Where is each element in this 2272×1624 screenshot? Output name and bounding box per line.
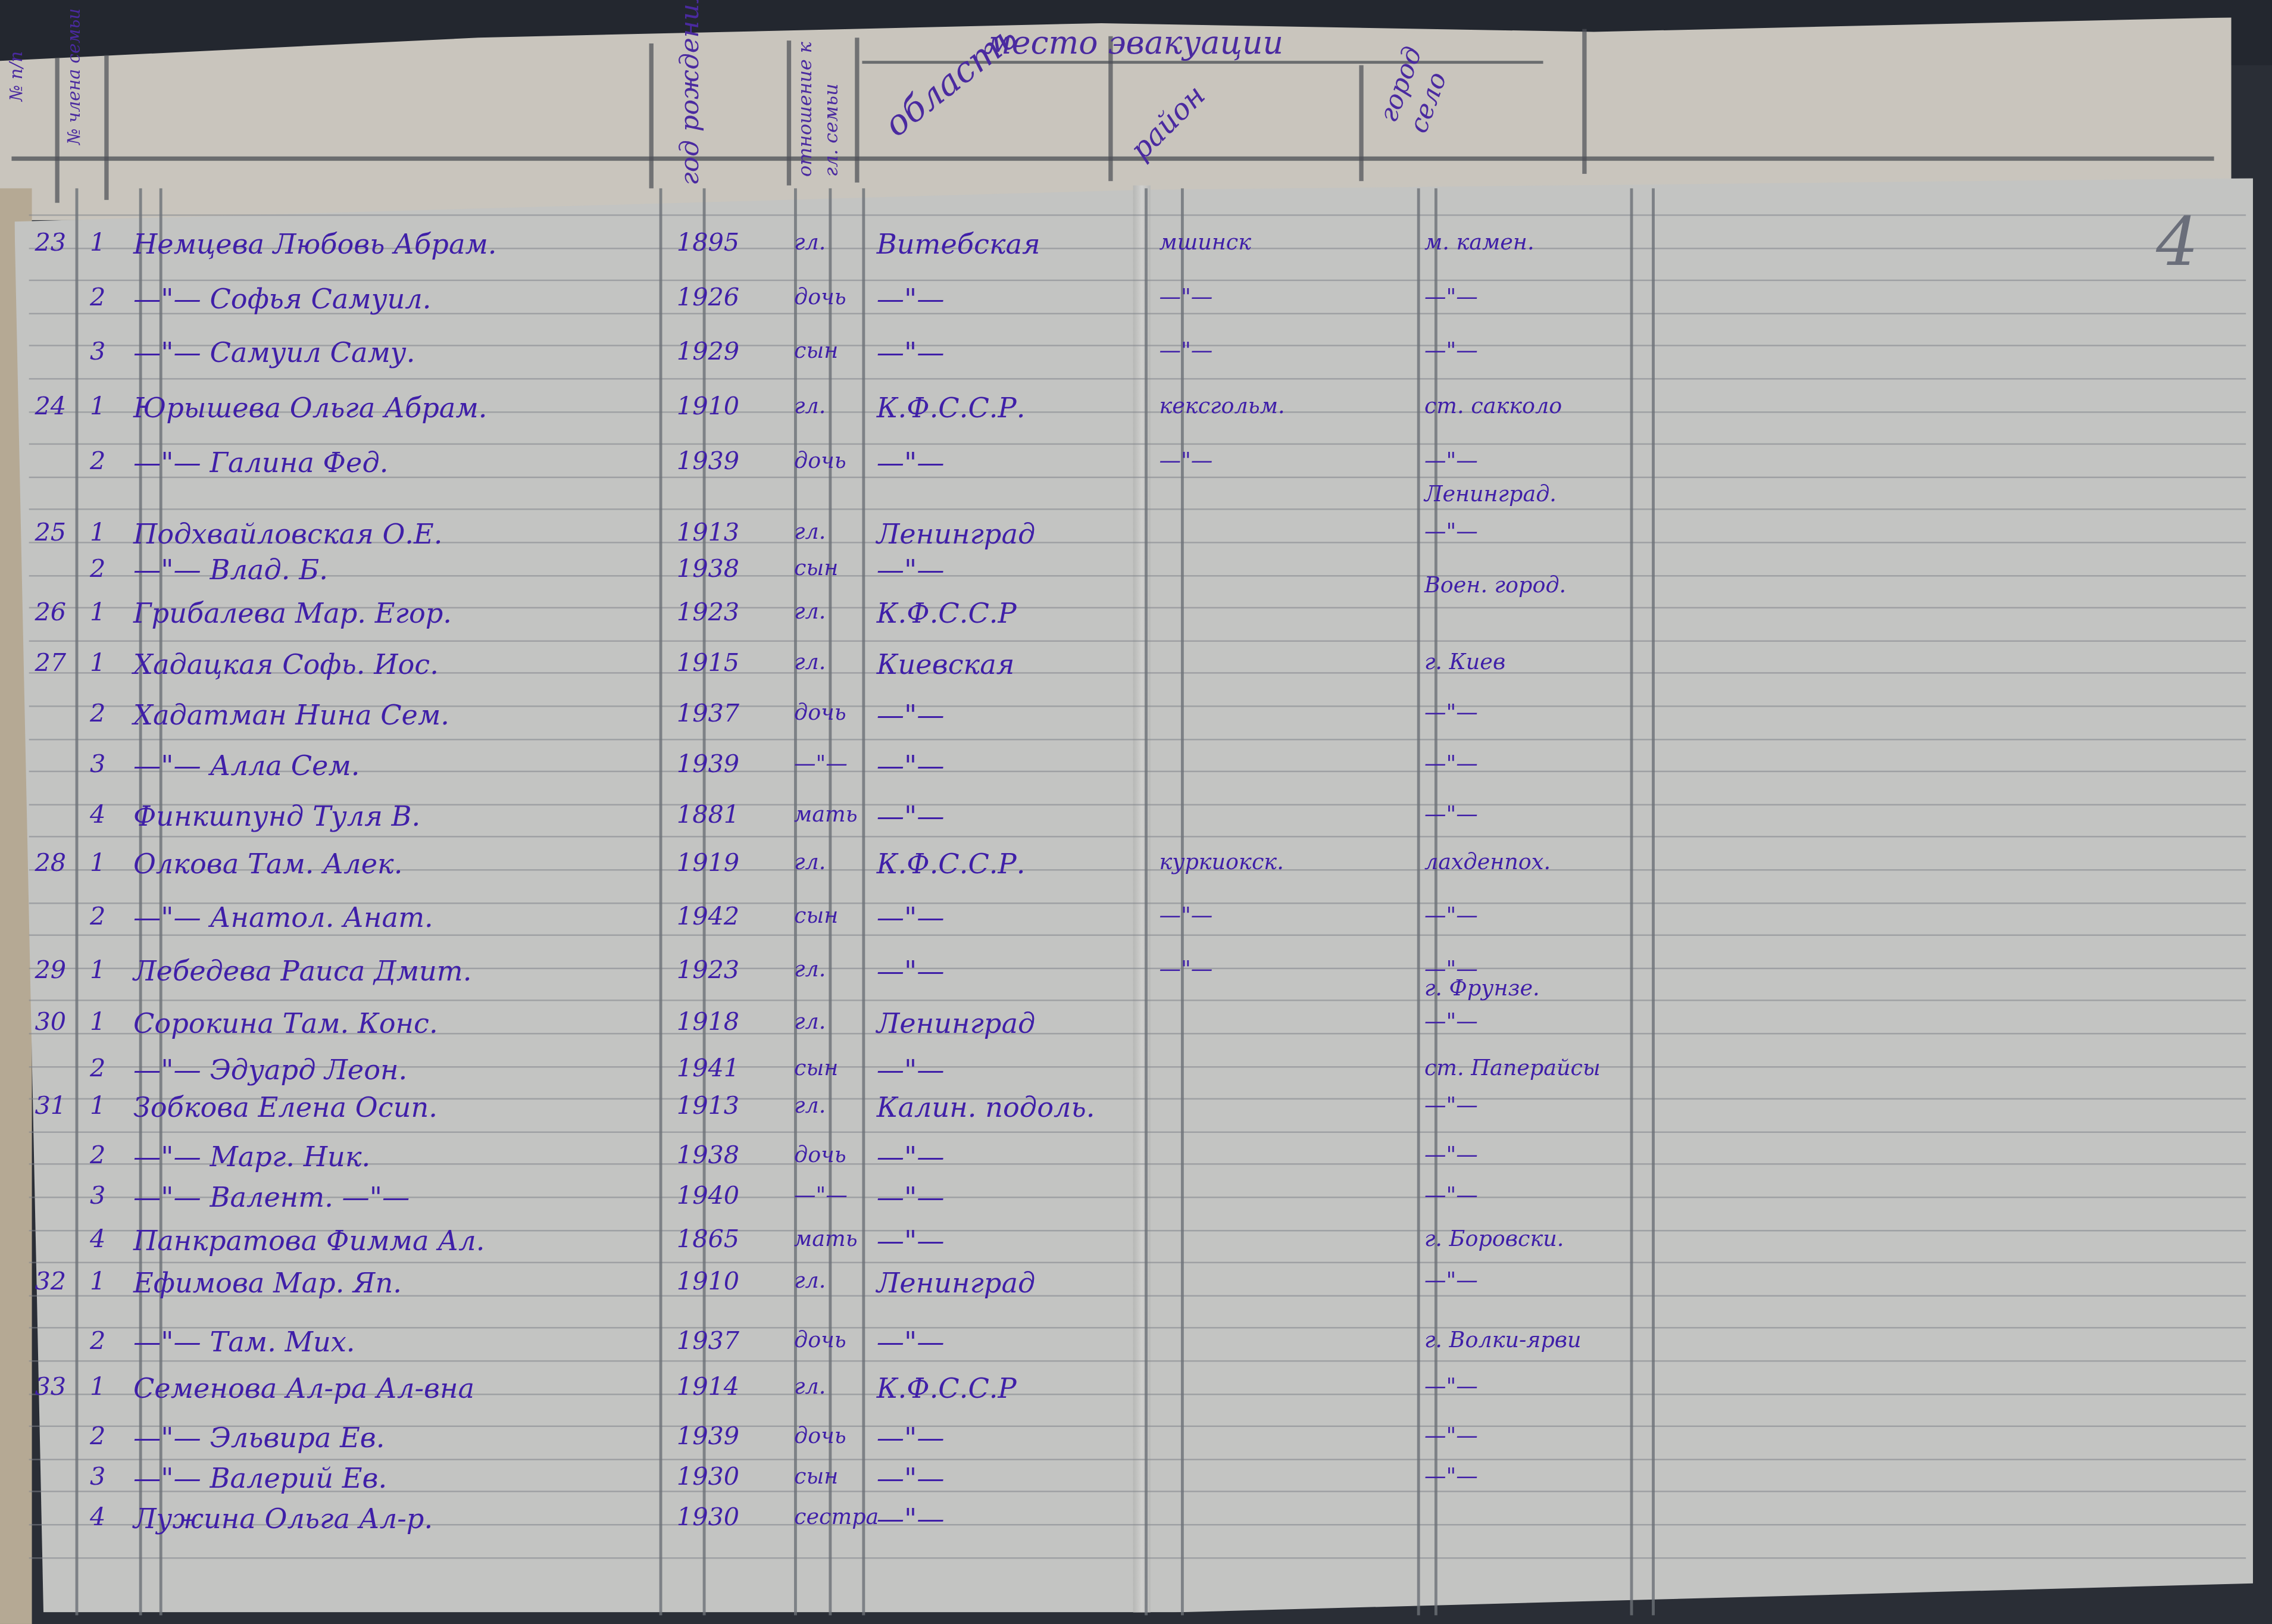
cell-family: 27 — [35, 649, 66, 678]
cell-region: Киевская — [877, 649, 1015, 681]
cell-year: 1942 — [677, 902, 739, 932]
cell-relation: гл. — [794, 649, 826, 675]
cell-region: Ленинград — [877, 1267, 1036, 1300]
cell-city: —"— — [1424, 751, 1478, 777]
cell-region: —"— — [877, 1327, 945, 1359]
cell-relation: гл. — [794, 229, 826, 255]
cell-region: —"— — [877, 1504, 945, 1536]
cell-relation: гл. — [794, 1008, 826, 1035]
cell-name: Семенова Ал-ра Ал-вна — [133, 1373, 474, 1406]
cell-region: Ленинград — [877, 1008, 1036, 1041]
cell-name: Подхвайловская О.Е. — [133, 519, 443, 551]
cell-name: —"— Эдуард Леон. — [133, 1055, 407, 1087]
cell-name: —"— Там. Мих. — [133, 1327, 355, 1359]
ruled-line — [29, 1131, 2246, 1132]
header-col-line — [104, 55, 108, 199]
column-line — [1652, 188, 1655, 1615]
cell-city: —"— — [1424, 1142, 1478, 1168]
cell-region: Калин. подоль. — [877, 1092, 1095, 1125]
cell-city: —"— — [1424, 1423, 1478, 1449]
cell-name: Лужина Ольга Ал-р. — [133, 1504, 433, 1536]
cell-family: 25 — [35, 519, 66, 548]
cell-family: 33 — [35, 1373, 66, 1403]
cell-year: 1937 — [677, 699, 739, 729]
cell-year: 1939 — [677, 751, 739, 780]
cell-city: —"— — [1424, 1373, 1478, 1400]
cell-relation: гл. — [794, 849, 826, 875]
cell-name: —"— Валерий Ев. — [133, 1463, 387, 1495]
cell-family: 28 — [35, 849, 66, 878]
cell-member: 1 — [90, 1373, 105, 1403]
cell-year: 1881 — [677, 801, 739, 830]
cell-region: —"— — [877, 956, 945, 988]
header-col-line — [1582, 29, 1586, 174]
column-line — [862, 188, 865, 1615]
cell-member: 3 — [90, 751, 105, 780]
cell-name: Панкратова Фимма Ал. — [133, 1226, 485, 1258]
cell-relation: —"— — [794, 1182, 848, 1208]
header-col-line — [55, 58, 60, 202]
column-line — [1145, 188, 1148, 1615]
cell-name: —"— Самуил Саму. — [133, 338, 415, 370]
cell-name: Лебедева Раиса Дмит. — [133, 956, 471, 988]
cell-member: 4 — [90, 1226, 105, 1255]
cell-year: 1910 — [677, 1267, 739, 1297]
page-fold — [1133, 185, 1151, 1612]
cell-region: —"— — [877, 751, 945, 783]
ruled-line — [29, 1000, 2246, 1001]
page-number: 4 — [2156, 203, 2198, 281]
cell-year: 1940 — [677, 1182, 739, 1211]
cell-member: 2 — [90, 902, 105, 932]
cell-relation: гл. — [794, 1373, 826, 1400]
ruled-line — [29, 935, 2246, 936]
cell-name: Финкшпунд Туля В. — [133, 801, 420, 833]
cell-relation: сестра — [794, 1504, 879, 1530]
cell-city: —"— — [1424, 1008, 1478, 1035]
cell-name: Немцева Любовь Абрам. — [133, 229, 497, 261]
header-col-line — [787, 40, 791, 185]
cell-year: 1910 — [677, 392, 739, 421]
header-col-line — [855, 38, 859, 182]
cell-region: —"— — [877, 555, 945, 587]
ruled-line — [29, 214, 2246, 216]
cell-relation: дочь — [794, 284, 846, 310]
cell-relation: гл. — [794, 1267, 826, 1294]
ruled-line — [29, 574, 2246, 576]
cell-member: 2 — [90, 699, 105, 729]
cell-region: —"— — [877, 284, 945, 316]
cell-city: м. камен. — [1424, 229, 1535, 255]
cell-city: —"— — [1424, 448, 1478, 474]
cell-name: —"— Алла Сем. — [133, 751, 360, 783]
cell-region: —"— — [877, 902, 945, 935]
cell-member: 1 — [90, 229, 105, 258]
column-line — [829, 188, 832, 1615]
ruled-line — [29, 444, 2246, 445]
cell-year: 1938 — [677, 1142, 739, 1171]
cell-year: 1923 — [677, 956, 739, 985]
cell-city: —"— — [1424, 902, 1478, 929]
cell-member: 1 — [90, 649, 105, 678]
cell-relation: дочь — [794, 699, 846, 726]
cell-year: 1929 — [677, 338, 739, 367]
cell-city: —"— — [1424, 1463, 1478, 1489]
cell-region: Витебская — [877, 229, 1040, 261]
cell-city: г. Фрунзе. — [1424, 975, 1540, 1001]
cell-name: —"— Софья Самуил. — [133, 284, 432, 316]
cell-name: Хадатман Нина Сем. — [133, 699, 449, 732]
cell-city: —"— — [1424, 284, 1478, 310]
cell-member: 2 — [90, 1423, 105, 1452]
ruled-line — [29, 1557, 2246, 1558]
cell-region: К.Ф.С.С.Р — [877, 598, 1017, 630]
cell-relation: гл. — [794, 392, 826, 419]
cell-district: —"— — [1159, 956, 1212, 982]
cell-year: 1865 — [677, 1226, 739, 1255]
cell-member: 2 — [90, 1327, 105, 1356]
cell-district: —"— — [1159, 338, 1212, 364]
cell-year: 1930 — [677, 1504, 739, 1533]
column-line — [1417, 188, 1420, 1615]
cell-member: 1 — [90, 1008, 105, 1038]
cell-year: 1913 — [677, 519, 739, 548]
cell-relation: сын — [794, 902, 838, 929]
header-row-no: № п/п — [6, 51, 26, 101]
cell-member: 2 — [90, 284, 105, 313]
cell-city: ст. Паперайсы — [1424, 1055, 1601, 1081]
column-line — [1630, 188, 1633, 1615]
cell-name: Олкова Там. Алек. — [133, 849, 402, 881]
cell-year: 1941 — [677, 1055, 739, 1084]
cell-year: 1923 — [677, 598, 739, 627]
cell-city: г. Киев — [1424, 649, 1505, 675]
cell-name: Хадацкая Софь. Иос. — [133, 649, 439, 681]
cell-region: —"— — [877, 338, 945, 370]
column-line — [76, 188, 79, 1615]
cell-member: 2 — [90, 555, 105, 584]
cell-member: 4 — [90, 801, 105, 830]
cell-year: 1938 — [677, 555, 739, 584]
cell-region: —"— — [877, 1182, 945, 1214]
cell-relation: гл. — [794, 519, 826, 545]
cell-member: 2 — [90, 1055, 105, 1084]
cell-name: —"— Валент. —"— — [133, 1182, 410, 1214]
cell-relation: гл. — [794, 1092, 826, 1119]
ruled-line — [29, 1262, 2246, 1263]
cell-city: Ленинград. — [1424, 481, 1557, 507]
cell-year: 1918 — [677, 1008, 739, 1038]
cell-name: Сорокина Там. Конс. — [133, 1008, 438, 1041]
ruled-line — [29, 1459, 2246, 1460]
header-family-no: № члена семьи — [64, 8, 84, 145]
cell-district: куркиокск. — [1159, 849, 1283, 875]
ruled-line — [29, 836, 2246, 838]
cell-relation: дочь — [794, 448, 846, 474]
cell-district: кексгольм. — [1159, 392, 1285, 419]
ruled-line — [29, 280, 2246, 281]
cell-city: Воен. город. — [1424, 572, 1566, 598]
cell-city: —"— — [1424, 699, 1478, 726]
cell-member: 3 — [90, 1182, 105, 1211]
cell-name: —"— Эльвира Ев. — [133, 1423, 385, 1455]
cell-region: —"— — [877, 1463, 945, 1495]
cell-relation: сын — [794, 1055, 838, 1081]
cell-member: 2 — [90, 1142, 105, 1171]
cell-name: —"— Марг. Ник. — [133, 1142, 370, 1174]
cell-name: —"— Галина Фед. — [133, 448, 388, 480]
header-birth-year: год рождения — [675, 0, 705, 185]
cell-city: —"— — [1424, 338, 1478, 364]
cell-region: —"— — [877, 1226, 945, 1258]
cell-name: Ефимова Мар. Яп. — [133, 1267, 402, 1300]
ruled-line — [29, 1360, 2246, 1361]
cell-family: 26 — [35, 598, 66, 627]
cell-city: г. Боровски. — [1424, 1226, 1564, 1252]
cell-relation: дочь — [794, 1142, 846, 1168]
cell-city: —"— — [1424, 801, 1478, 827]
cell-year: 1939 — [677, 1423, 739, 1452]
cell-relation: —"— — [794, 751, 848, 777]
cell-relation: гл. — [794, 598, 826, 624]
header-evacuation-place: место эвакуации — [985, 26, 1283, 63]
header-col-line — [1359, 65, 1363, 182]
cell-city: —"— — [1424, 1182, 1478, 1208]
cell-relation: сын — [794, 1463, 838, 1489]
cell-member: 1 — [90, 1267, 105, 1297]
cell-name: Юрышева Ольга Абрам. — [133, 392, 487, 424]
ruled-line — [29, 1328, 2246, 1329]
ruled-line — [29, 771, 2246, 772]
cell-member: 1 — [90, 392, 105, 421]
cell-family: 23 — [35, 229, 66, 258]
cell-region: —"— — [877, 1142, 945, 1174]
ruled-line — [29, 378, 2246, 379]
cell-year: 1919 — [677, 849, 739, 878]
cell-year: 1915 — [677, 649, 739, 678]
cell-region: —"— — [877, 1055, 945, 1087]
cell-member: 2 — [90, 448, 105, 477]
cell-year: 1914 — [677, 1373, 739, 1403]
cell-name: —"— Анатол. Анат. — [133, 902, 433, 935]
header-relation: отношение к гл. семьи — [794, 17, 846, 177]
cell-member: 1 — [90, 598, 105, 627]
cell-relation: гл. — [794, 956, 826, 982]
cell-member: 1 — [90, 1092, 105, 1122]
cell-family: 31 — [35, 1092, 66, 1122]
cell-relation: дочь — [794, 1327, 846, 1353]
cell-member: 1 — [90, 956, 105, 985]
cell-region: —"— — [877, 699, 945, 732]
cell-district: —"— — [1159, 284, 1212, 310]
cell-region: —"— — [877, 1423, 945, 1455]
cell-relation: сын — [794, 338, 838, 364]
cell-year: 1895 — [677, 229, 739, 258]
cell-relation: мать — [794, 1226, 858, 1252]
cell-member: 3 — [90, 338, 105, 367]
ruled-line — [29, 640, 2246, 641]
cell-region: К.Ф.С.С.Р — [877, 1373, 1017, 1406]
cell-city: ст. сакколо — [1424, 392, 1562, 419]
cell-year: 1937 — [677, 1327, 739, 1356]
cell-relation: сын — [794, 555, 838, 581]
cell-region: К.Ф.С.С.Р. — [877, 392, 1026, 424]
cell-region: —"— — [877, 801, 945, 833]
cell-member: 3 — [90, 1463, 105, 1492]
cell-family: 29 — [35, 956, 66, 985]
cell-city: —"— — [1424, 1267, 1478, 1294]
ruled-line — [29, 509, 2246, 510]
cell-member: 1 — [90, 849, 105, 878]
cell-member: 4 — [90, 1504, 105, 1533]
cell-region: Ленинград — [877, 519, 1036, 551]
cell-city: г. Волки-ярви — [1424, 1327, 1582, 1353]
cell-family: 32 — [35, 1267, 66, 1297]
cell-region: К.Ф.С.С.Р. — [877, 849, 1026, 881]
cell-city: лахденпох. — [1424, 849, 1551, 875]
cell-district: —"— — [1159, 448, 1212, 474]
column-line — [660, 188, 662, 1615]
cell-relation: дочь — [794, 1423, 846, 1449]
cell-year: 1926 — [677, 284, 739, 313]
header-col-line — [649, 43, 654, 188]
cell-year: 1930 — [677, 1463, 739, 1492]
ruled-line — [29, 738, 2246, 739]
cell-relation: мать — [794, 801, 858, 827]
cell-district: —"— — [1159, 902, 1212, 929]
cell-city: —"— — [1424, 519, 1478, 545]
cell-family: 24 — [35, 392, 66, 421]
cell-name: Грибалева Мар. Егор. — [133, 598, 452, 630]
cell-name: —"— Влад. Б. — [133, 555, 328, 587]
cell-city: —"— — [1424, 1092, 1478, 1119]
cell-name: Зобкова Елена Осип. — [133, 1092, 437, 1125]
cell-region: —"— — [877, 448, 945, 480]
cell-year: 1913 — [677, 1092, 739, 1122]
cell-member: 1 — [90, 519, 105, 548]
cell-district: мшинск — [1159, 229, 1251, 255]
cell-family: 30 — [35, 1008, 66, 1038]
cell-year: 1939 — [677, 448, 739, 477]
